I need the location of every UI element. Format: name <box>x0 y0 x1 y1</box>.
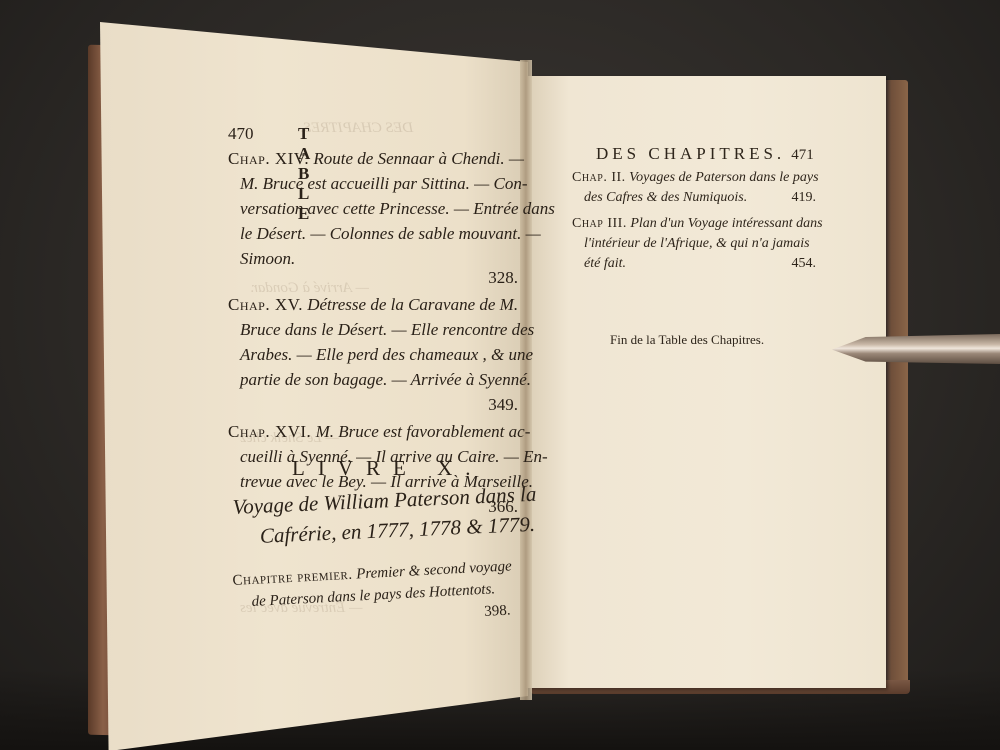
chapter-label: Chap. XIV. <box>228 149 309 168</box>
chapter-text: Bruce dans le Désert. — Elle rencontre d… <box>228 317 518 342</box>
chapter-text: été fait. <box>584 256 626 271</box>
right-running-head: DES CHAPITRES.471 <box>596 144 814 164</box>
chapter-entry: Chap III. Plan d'un Voyage intéressant d… <box>572 214 816 274</box>
chapter-text: Arabes. — Elle perd des chameaux , & une <box>228 342 518 367</box>
left-page-number: 470 <box>228 124 254 143</box>
right-header-title: DES CHAPITRES. <box>596 144 785 163</box>
chapter-text: M. Bruce est favorablement ac- <box>316 422 531 441</box>
chapter-page-number: 454. <box>792 254 817 274</box>
chapter-text: Route de Sennaar à Chendi. — <box>313 149 524 168</box>
chapter-text: Plan d'un Voyage intéressant dans <box>630 216 822 231</box>
chapter-page-number: 419. <box>792 188 817 208</box>
chapter-text: partie de son bagage. — Arrivée à Syenné… <box>228 367 518 392</box>
chapter-page-number: 349. <box>228 392 518 417</box>
chapter-text: Voyages de Paterson dans le pays <box>629 170 818 185</box>
left-running-head: 470 T A B L E <box>228 124 254 144</box>
chapter-text: Détresse de la Caravane de M. <box>307 295 518 314</box>
chapter-label: Chap III. <box>572 216 627 231</box>
book-title: Voyage de William Paterson dans la Cafré… <box>232 479 524 552</box>
chapter-page-number: 328. <box>228 265 518 290</box>
chapter-text: M. Bruce est accueilli par Sittina. — Co… <box>228 171 518 196</box>
chapter-text: le Désert. — Colonnes de sable mouvant. … <box>228 221 518 246</box>
chapter-label: Chap. XVI. <box>228 422 311 441</box>
chapter-label: Chap. XV. <box>228 295 303 314</box>
closing-text: Fin de la Table des Chapitres. <box>610 332 764 348</box>
chapter-entry: Chap. II. Voyages de Paterson dans le pa… <box>572 168 816 208</box>
chapter-text: des Cafres & des Numiquois. <box>584 190 747 205</box>
right-page-number: 471 <box>791 147 814 163</box>
chapter-label: Chap. II. <box>572 170 626 185</box>
chapter-text: l'intérieur de l'Afrique, & qui n'a jama… <box>572 234 816 254</box>
chapter-entry: Chap. XIV. Route de Sennaar à Chendi. — … <box>228 146 518 290</box>
right-chapter-list: Chap. II. Voyages de Paterson dans le pa… <box>572 168 816 274</box>
book-heading: LIVRE X. <box>292 456 484 481</box>
chapter-text: versation avec cette Princesse. — Entrée… <box>228 196 518 221</box>
chapter-entry: Chap. XV. Détresse de la Caravane de M. … <box>228 292 518 417</box>
